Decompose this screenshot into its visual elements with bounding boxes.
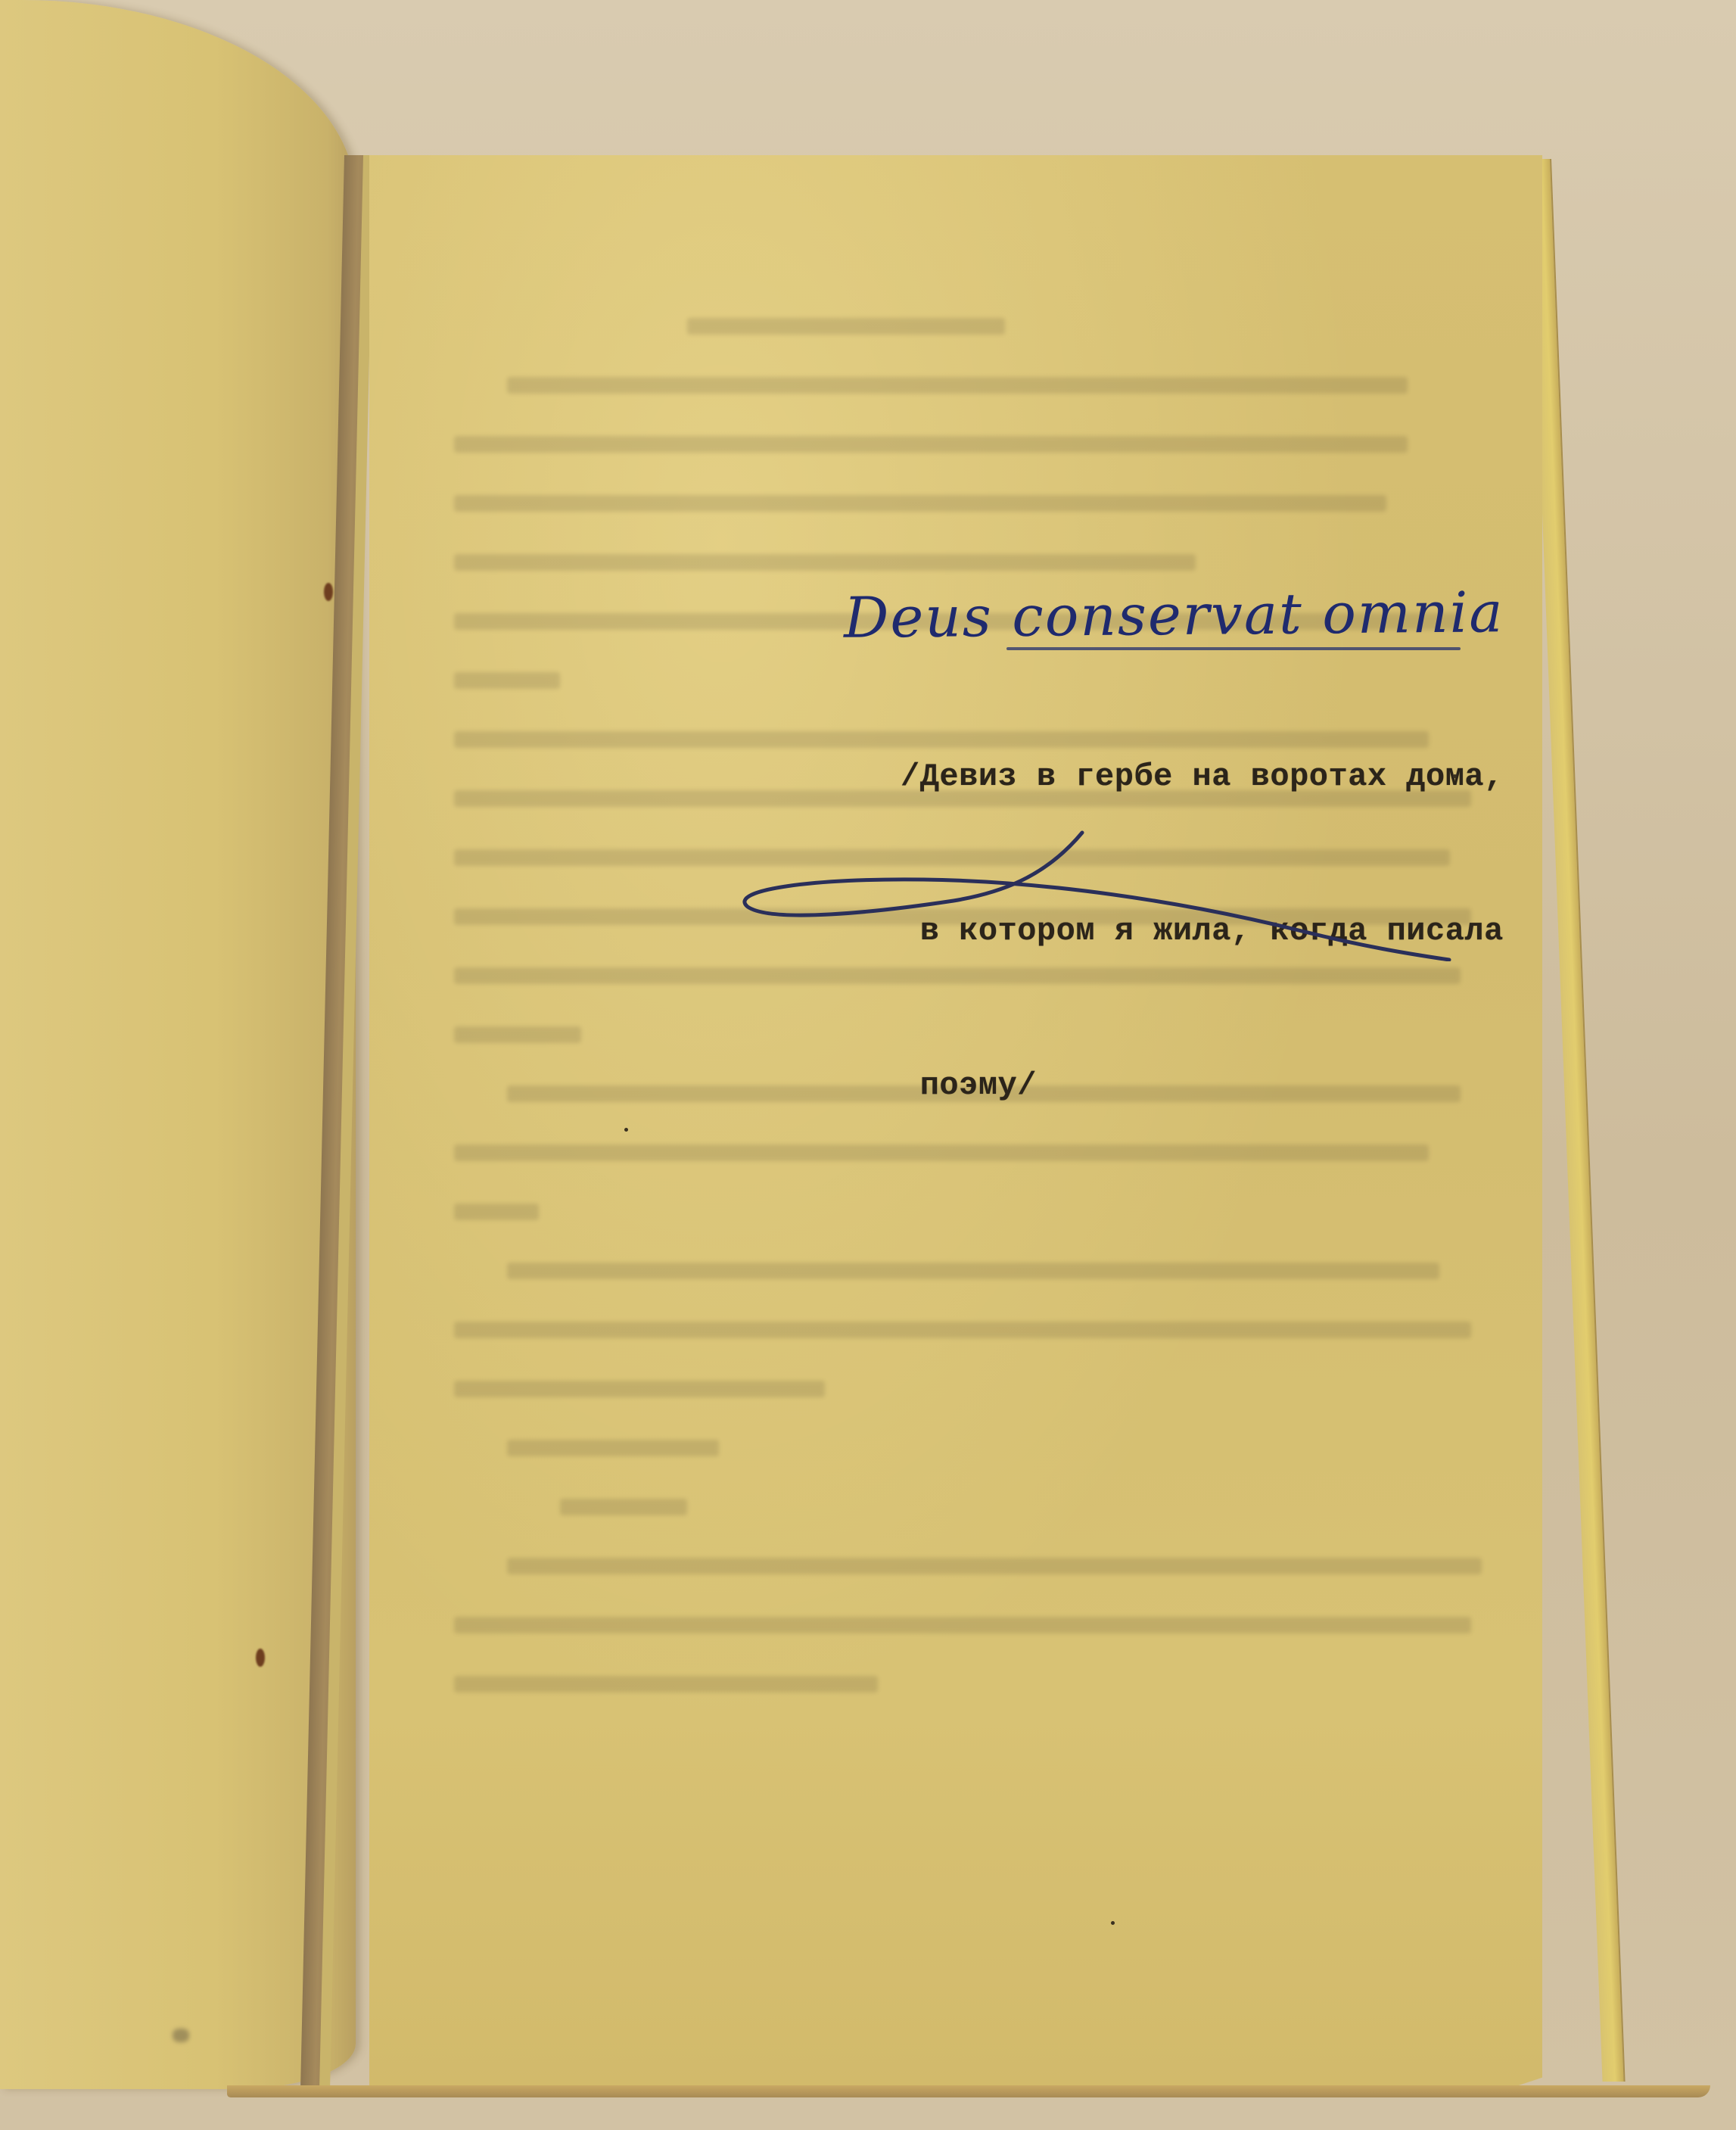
punch-hole [256, 1649, 265, 1667]
typed-line: /Девиз в гербе на воротах дома, [901, 751, 1504, 802]
typed-line: поэму/ [901, 1060, 1504, 1111]
paper-speck [1111, 1921, 1115, 1925]
signature-icon [726, 817, 1468, 961]
page-bottom-edge [227, 2085, 1710, 2097]
page-stack-edge [1529, 159, 1626, 2082]
ink-smudge [173, 2029, 189, 2042]
paper-speck [624, 1128, 628, 1132]
left-turned-page [0, 0, 356, 2089]
punch-hole [324, 583, 333, 601]
paper-speck [1453, 774, 1457, 778]
photo-scene: Deus conservat omnia /Девиз в гербе на в… [0, 0, 1736, 2130]
handwritten-motto: Deus conservat omnia [844, 580, 1504, 651]
